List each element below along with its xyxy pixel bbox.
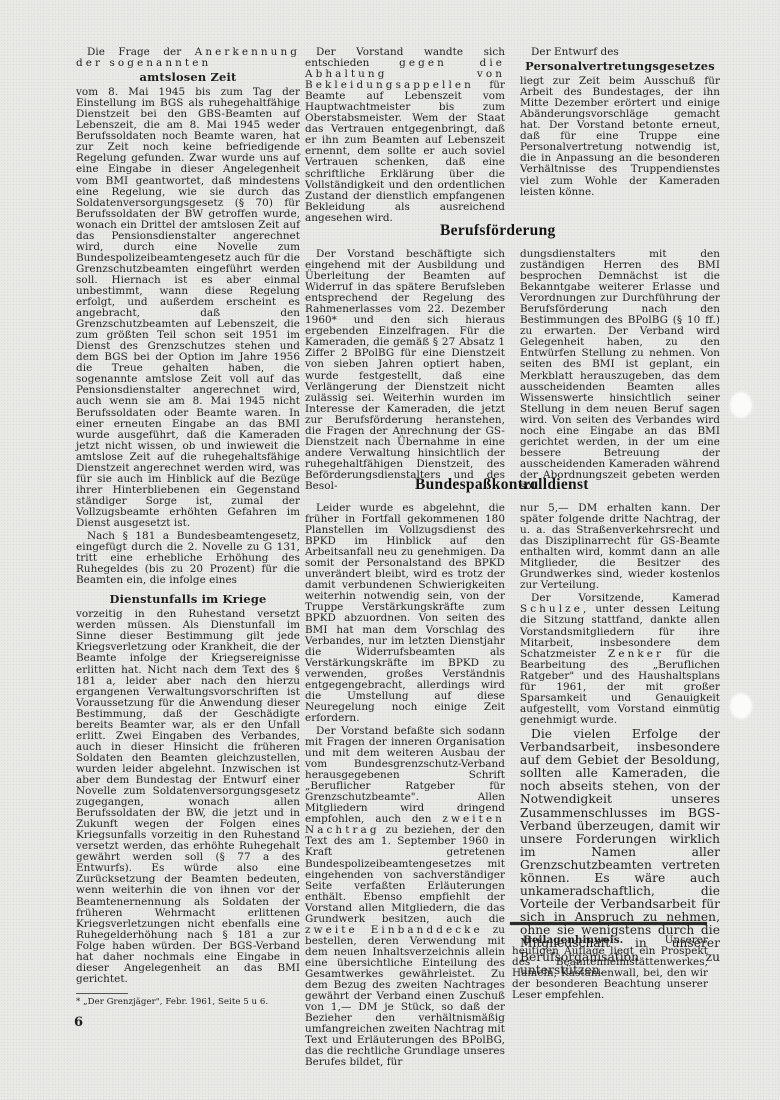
text: zu bestellen, deren Verwendung mit dem n…	[305, 924, 505, 1069]
text: Der Vorstand befaßte sich sodann mit Fra…	[305, 725, 505, 825]
column-1: Die Frage der Anerkennung der sogenannte…	[76, 47, 300, 1007]
bundespass-column-2: Leider wurde es abgelehnt, die früher in…	[305, 503, 505, 1068]
intro-personalvertretung: Der Entwurf des	[520, 47, 720, 58]
column-2-top: Der Vorstand wandte sich entschieden geg…	[305, 47, 505, 224]
paragraph-berufsfoerderung-2: dungsdienstalters mit den zuständigen He…	[520, 249, 720, 492]
section-heading-berufsfoerderung: Berufsförderung	[440, 222, 556, 240]
column-3-top: Der Entwurf des Personalvertretungsgeset…	[520, 47, 720, 198]
paragraph-berufsfoerderung-1: Der Vorstand beschäftigte sich eingehend…	[305, 249, 505, 492]
paragraph-vorsitzender: Der Vorsitzende, Kamerad Schulze, unter …	[520, 593, 720, 726]
footnote: * „Der Grenzjäger", Febr. 1961, Seite 5 …	[76, 997, 300, 1007]
paragraph-bekleidungsappelle: Der Vorstand wandte sich entschieden geg…	[305, 47, 505, 224]
text: für Beamte auf Lebenszeit vom Hauptwacht…	[305, 79, 505, 224]
paper-blemish	[730, 693, 752, 719]
paragraph-personalvertretung: liegt zur Zeit beim Ausschuß für Arbeit …	[520, 76, 720, 198]
paragraph-planstellen: Leider wurde es abgelehnt, die früher in…	[305, 503, 505, 724]
subhead-amtslose-zeit: amtslosen Zeit	[76, 72, 300, 83]
notice-text: Unserer heutigen Auflage liegt ein Prosp…	[512, 934, 708, 1001]
notice-divider	[510, 922, 707, 925]
section-heading-bundespasskontrolldienst: Bundespaßkontrolldienst	[415, 476, 589, 494]
bundespass-column-3: nur 5,— DM erhalten kann. Der später fol…	[520, 503, 720, 977]
notice-paragraph: Beilagenhinweis. Unserer heutigen Auflag…	[512, 935, 708, 1001]
paragraph-amtslose-zeit: vom 8. Mai 1945 bis zum Tag der Einstell…	[76, 87, 300, 529]
footnote-divider	[76, 993, 128, 994]
text: zu beziehen, der den Text des am 1. Sept…	[305, 824, 505, 924]
text: für die Bearbeitung des „Beruflichen Rat…	[520, 648, 720, 726]
paragraph-bundesbeamtengesetz: Nach § 181 a Bundesbeamtengesetz, eingef…	[76, 531, 300, 586]
notice-box: Beilagenhinweis. Unserer heutigen Auflag…	[512, 935, 708, 1001]
paper-blemish	[730, 392, 752, 418]
paragraph-innere-organisation: Der Vorstand befaßte sich sodann mit Fra…	[305, 726, 505, 1068]
berufsfoerderung-column-2: Der Vorstand beschäftigte sich eingehend…	[305, 249, 505, 492]
subhead-dienstunfall: Dienstunfalls im Kriege	[76, 594, 300, 605]
berufsfoerderung-column-3: dungsdienstalters mit den zuständigen He…	[520, 249, 720, 492]
intro-paragraph: Die Frage der Anerkennung der sogenannte…	[76, 47, 300, 69]
page-number: 6	[74, 1015, 83, 1030]
subhead-personalvertretungsgesetz: Personalvertretungsgesetzes	[520, 61, 720, 72]
magazine-page: Die Frage der Anerkennung der sogenannte…	[0, 0, 780, 1100]
paragraph-dienstunfall: vorzeitig in den Ruhestand versetzt werd…	[76, 609, 300, 985]
paragraph-dritter-nachtrag: nur 5,— DM erhalten kann. Der später fol…	[520, 503, 720, 591]
